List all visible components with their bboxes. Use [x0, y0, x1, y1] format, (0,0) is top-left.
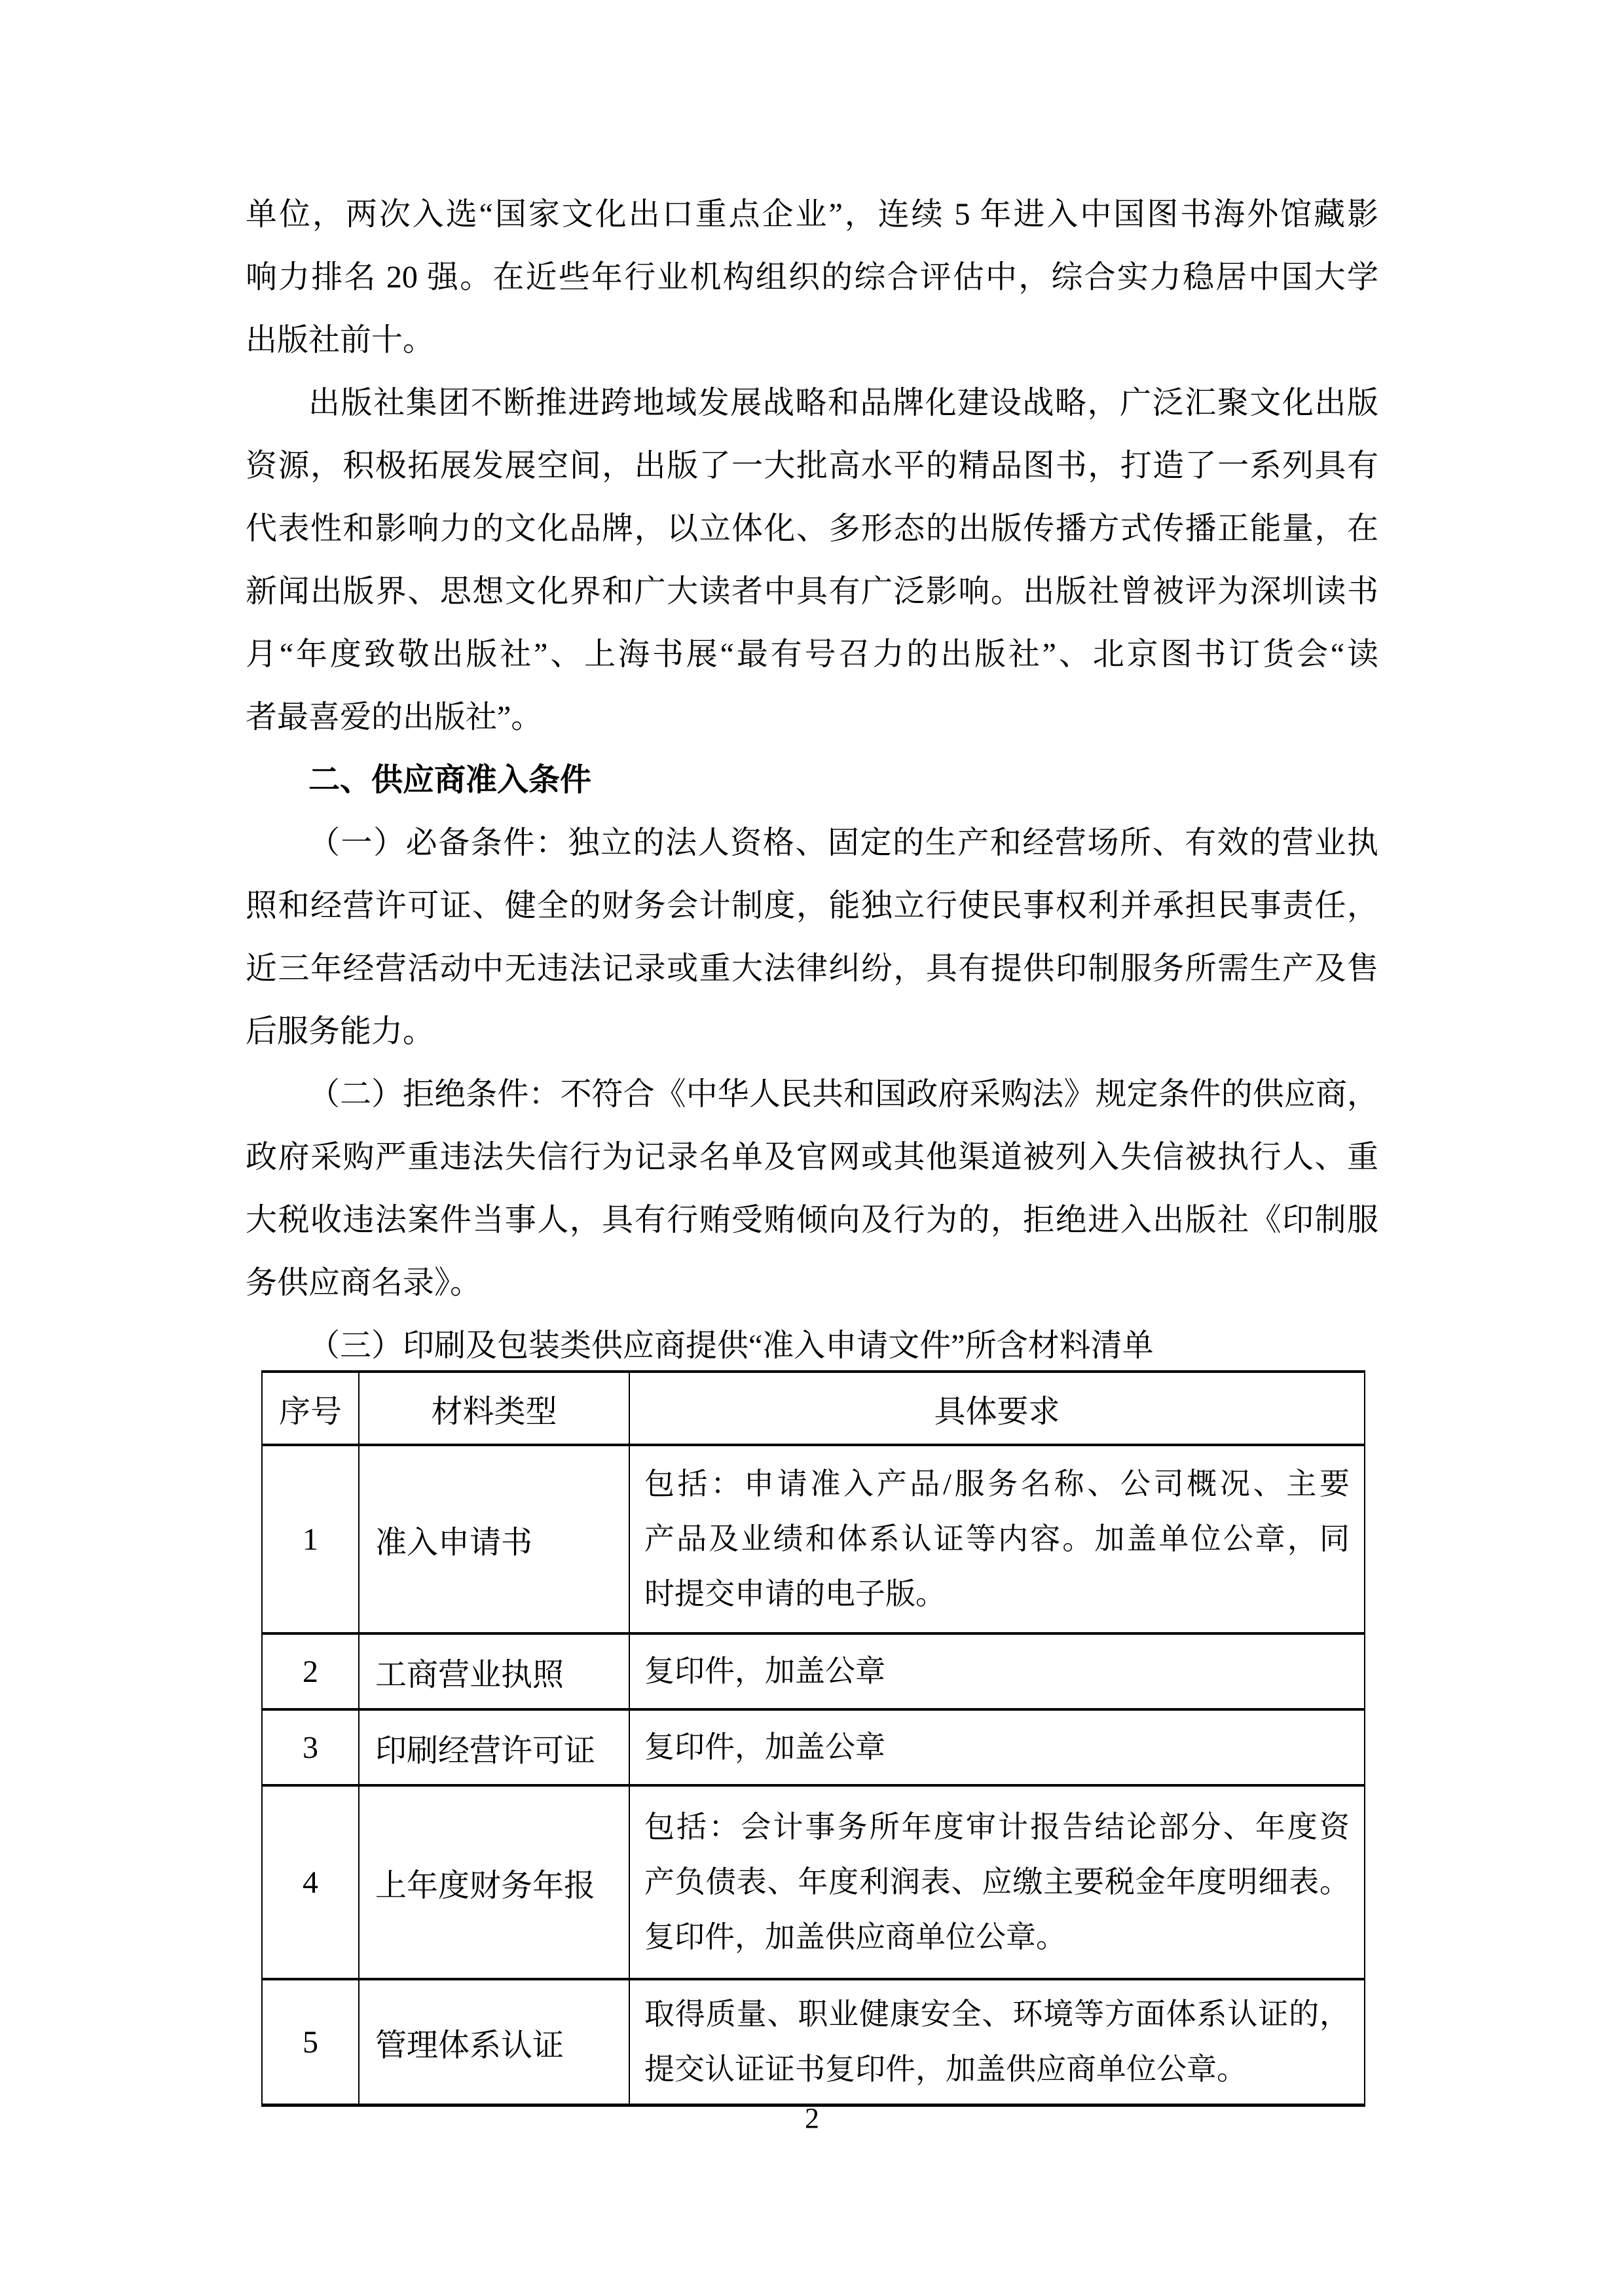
document-page: 单位，两次入选“国家文化出口重点企业”，连续 5 年进入中国图书海外馆藏影响力排… — [0, 0, 1624, 2296]
section-heading: 二、供应商准入条件 — [246, 749, 1378, 812]
requirement: 取得质量、职业健康安全、环境等方面体系认证的，提交认证证书复印件，加盖供应商单位… — [629, 1979, 1365, 2105]
requirement: 复印件，加盖公章 — [629, 1633, 1365, 1709]
row-number: 1 — [262, 1445, 359, 1633]
table-row: 5管理体系认证取得质量、职业健康安全、环境等方面体系认证的，提交认证证书复印件，… — [262, 1979, 1365, 2105]
requirement-line: 复印件，加盖公章 — [644, 1720, 1350, 1775]
page-number: 2 — [246, 2100, 1378, 2137]
materials-table: 序号材料类型具体要求 1准入申请书包括：申请准入产品/服务名称、公司概况、主要产… — [261, 1370, 1365, 2107]
requirement-line: 产品及业绩和体系认证等内容。加盖单位公章，同 — [644, 1512, 1350, 1567]
body-text-line: 新闻出版界、思想文化界和广大读者中具有广泛影响。出版社曾被评为深圳读书 — [246, 560, 1378, 623]
requirement: 包括：申请准入产品/服务名称、公司概况、主要产品及业绩和体系认证等内容。加盖单位… — [629, 1445, 1365, 1633]
body-text-line: 资源，积极拓展发展空间，出版了一大批高水平的精品图书，打造了一系列具有 — [246, 435, 1378, 498]
row-number: 3 — [262, 1709, 359, 1785]
requirement-line: 复印件，加盖公章 — [644, 1644, 1350, 1699]
requirement-line: 时提交申请的电子版。 — [644, 1567, 1350, 1622]
requirement-line: 提交认证证书复印件，加盖供应商单位公章。 — [644, 2042, 1350, 2097]
requirement-line: 取得质量、职业健康安全、环境等方面体系认证的， — [644, 1987, 1350, 2042]
header-row: 序号材料类型具体要求 — [262, 1372, 1365, 1445]
body-text-line: 后服务能力。 — [246, 1000, 1378, 1063]
body-text-line: 务供应商名录》。 — [246, 1252, 1378, 1315]
material-type: 工商营业执照 — [359, 1633, 629, 1709]
body-text-line: （一）必备条件：独立的法人资格、固定的生产和经营场所、有效的营业执 — [246, 812, 1378, 875]
row-number: 2 — [262, 1633, 359, 1709]
row-number: 5 — [262, 1979, 359, 2105]
requirement-line: 包括：申请准入产品/服务名称、公司概况、主要 — [644, 1457, 1350, 1512]
requirement-line: 包括：会计事务所年度审计报告结论部分、年度资 — [644, 1800, 1350, 1855]
requirement: 复印件，加盖公章 — [629, 1709, 1365, 1785]
body-text-line: 月“年度致敬出版社”、上海书展“最有号召力的出版社”、北京图书订货会“读 — [246, 623, 1378, 686]
column-header: 材料类型 — [359, 1372, 629, 1445]
body-text-line: 出版社集团不断推进跨地域发展战略和品牌化建设战略，广泛汇聚文化出版 — [246, 372, 1378, 435]
material-type: 印刷经营许可证 — [359, 1709, 629, 1785]
body-text-line: 照和经营许可证、健全的财务会计制度，能独立行使民事权利并承担民事责任， — [246, 875, 1378, 938]
requirement-line: 复印件，加盖供应商单位公章。 — [644, 1910, 1350, 1965]
body-text-line: 近三年经营活动中无违法记录或重大法律纠纷，具有提供印制服务所需生产及售 — [246, 938, 1378, 1000]
requirement-line: 产负债表、年度利润表、应缴主要税金年度明细表。 — [644, 1855, 1350, 1910]
body-text-line: 政府采购严重违法失信行为记录名单及官网或其他渠道被列入失信被执行人、重 — [246, 1126, 1378, 1189]
body-text-line: 单位，两次入选“国家文化出口重点企业”，连续 5 年进入中国图书海外馆藏影 — [246, 183, 1378, 246]
body-text-line: 大税收违法案件当事人，具有行贿受贿倾向及行为的，拒绝进入出版社《印制服 — [246, 1189, 1378, 1252]
material-type: 上年度财务年报 — [359, 1785, 629, 1979]
materials-table-header: 序号材料类型具体要求 — [262, 1372, 1365, 1445]
body-text-line: 者最喜爱的出版社”。 — [246, 686, 1378, 749]
material-type: 准入申请书 — [359, 1445, 629, 1633]
body-text-line: 出版社前十。 — [246, 309, 1378, 372]
table-row: 1准入申请书包括：申请准入产品/服务名称、公司概况、主要产品及业绩和体系认证等内… — [262, 1445, 1365, 1633]
table-row: 4上年度财务年报包括：会计事务所年度审计报告结论部分、年度资产负债表、年度利润表… — [262, 1785, 1365, 1979]
body-text-line: （二）拒绝条件：不符合《中华人民共和国政府采购法》规定条件的供应商， — [246, 1063, 1378, 1126]
row-number: 4 — [262, 1785, 359, 1979]
column-header: 具体要求 — [629, 1372, 1365, 1445]
body-text-line: 响力排名 20 强。在近些年行业机构组织的综合评估中，综合实力稳居中国大学 — [246, 246, 1378, 309]
material-type: 管理体系认证 — [359, 1979, 629, 2105]
body-text-line: （三）印刷及包装类供应商提供“准入申请文件”所含材料清单 — [246, 1315, 1378, 1377]
body-text-line: 代表性和影响力的文化品牌，以立体化、多形态的出版传播方式传播正能量，在 — [246, 498, 1378, 560]
materials-table-body: 1准入申请书包括：申请准入产品/服务名称、公司概况、主要产品及业绩和体系认证等内… — [262, 1445, 1365, 2105]
requirement: 包括：会计事务所年度审计报告结论部分、年度资产负债表、年度利润表、应缴主要税金年… — [629, 1785, 1365, 1979]
table-row: 2工商营业执照复印件，加盖公章 — [262, 1633, 1365, 1709]
table-row: 3印刷经营许可证复印件，加盖公章 — [262, 1709, 1365, 1785]
column-header: 序号 — [262, 1372, 359, 1445]
document-body: 单位，两次入选“国家文化出口重点企业”，连续 5 年进入中国图书海外馆藏影响力排… — [246, 183, 1378, 1377]
